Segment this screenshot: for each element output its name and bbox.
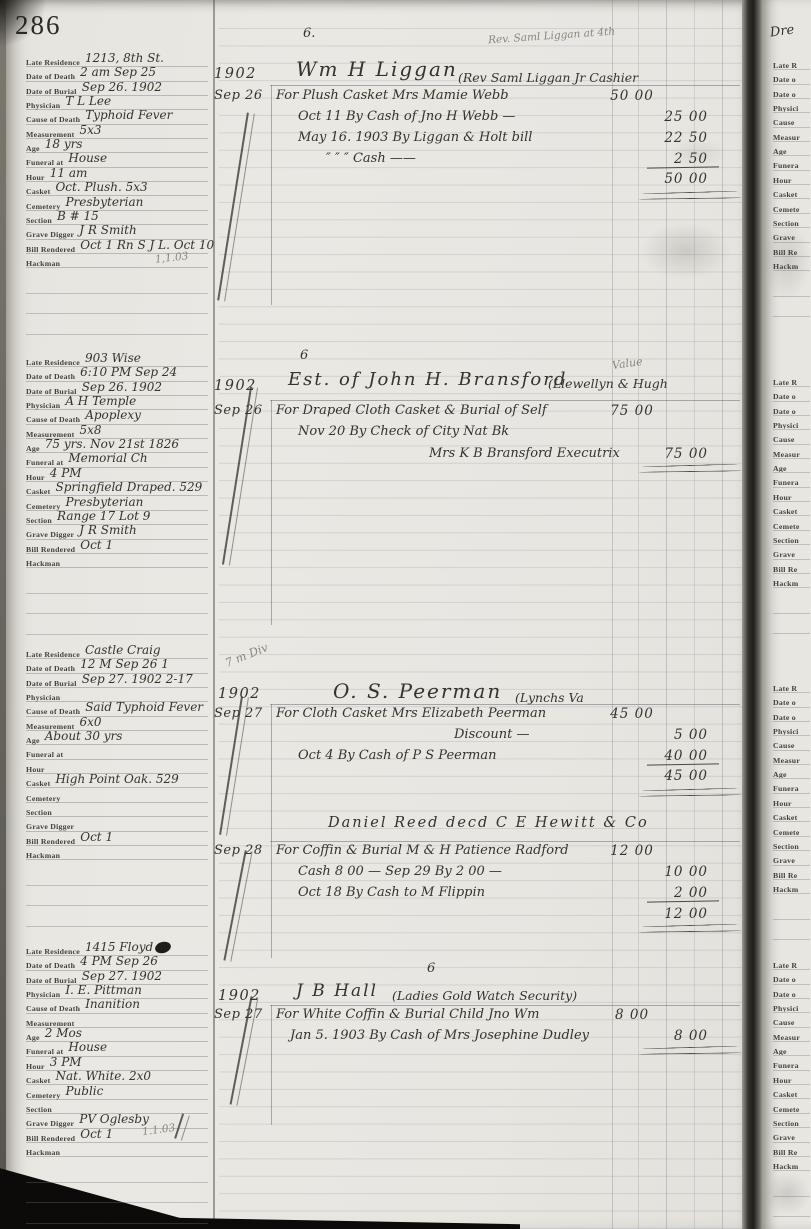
right-page-field-row: Date o	[773, 969, 810, 984]
right-page-field-row: Bill Re	[773, 559, 810, 574]
credit-amount: 2 00	[650, 885, 708, 901]
ledger-row-description: Cash 8 00 — Sep 29 By 2 00 —	[298, 864, 502, 879]
field-label: Hackman	[26, 559, 60, 568]
field-value-handwritten: 12 M Sep 26 1	[80, 657, 169, 671]
field-value-handwritten: I. E. Pittman	[65, 983, 142, 997]
right-page-field-row: Bill Re	[773, 1142, 810, 1157]
field-value-handwritten: 6x0	[80, 715, 102, 729]
right-page-field-label: Hackm	[773, 885, 799, 894]
field-value-handwritten: 11 am	[50, 166, 88, 180]
right-page-field-label: Hackm	[773, 579, 799, 588]
field-row: Funeral at	[26, 744, 208, 759]
right-page-header-fragment: Dre	[769, 23, 795, 41]
right-page-field-row: Cause	[773, 112, 810, 127]
right-page-field-row: Measur	[773, 127, 810, 142]
right-page-field-row: Physici	[773, 415, 810, 430]
ledger-entry-name: Est. of John H. Bransford	[288, 369, 567, 390]
field-value-handwritten: House	[68, 1040, 107, 1054]
right-page-field-row: Measur	[773, 750, 810, 765]
entry-date-column-rule	[271, 400, 272, 625]
field-value-handwritten: Sep 26. 1902	[82, 380, 162, 394]
ledger-entry-name-suffix: (Ladies Gold Watch Security)	[392, 988, 577, 1003]
blank-ruled-line	[26, 1161, 208, 1183]
right-page-field-row: Age	[773, 141, 810, 156]
field-value-handwritten: Nat. White. 2x0	[55, 1069, 151, 1083]
ledger-row-description: Nov 20 By Check of City Nat Bk	[298, 424, 509, 439]
blank-ruled-line	[773, 898, 810, 920]
right-page-field-row: Late R	[773, 55, 810, 70]
ledger-row-description: For Cloth Casket Mrs Elizabeth Peerman	[276, 706, 546, 721]
field-value-handwritten: 18 yrs	[45, 137, 83, 151]
credit-amount: 8 00	[650, 1028, 708, 1044]
credit-amount: 50 00	[650, 171, 708, 187]
right-page-field-row: Grave	[773, 227, 810, 242]
right-page-field-row: Cemete	[773, 822, 810, 837]
field-row: CasketHigh Point Oak. 529	[26, 773, 208, 788]
ledger-row-description: ″ ″ ″ Cash ——	[326, 151, 416, 166]
field-value-handwritten: J R Smith	[79, 523, 136, 537]
field-row: Hackman	[26, 553, 208, 568]
right-page-field-row: Grave	[773, 544, 810, 559]
right-page-field-row: Age	[773, 458, 810, 473]
right-page-field-row: Physici	[773, 998, 810, 1013]
credit-amount: 10 00	[650, 864, 708, 880]
field-row: Age2 Mos	[26, 1027, 208, 1042]
right-page-field-row: Cemete	[773, 516, 810, 531]
field-value-handwritten: 4 PM Sep 26	[80, 954, 158, 968]
field-row: Date of BurialSep 26. 1902	[26, 81, 208, 96]
right-page-field-row: Hour	[773, 793, 810, 808]
field-label: Hackman	[26, 851, 60, 860]
right-page-field-row: Section	[773, 836, 810, 851]
field-value-handwritten: A H Temple	[65, 394, 136, 408]
ledger-entry-name-suffix: (Lynchs Va	[515, 690, 584, 705]
right-page-field-row: Date o	[773, 386, 810, 401]
charge-amount: 75 00	[604, 403, 660, 419]
field-value-handwritten: 2 am Sep 25	[80, 65, 156, 79]
field-value-handwritten: 75 yrs. Nov 21st 1826	[45, 437, 179, 451]
right-page-field-row: Cause	[773, 1012, 810, 1027]
right-page-field-row: Date o	[773, 984, 810, 999]
field-value-handwritten: 5x3	[80, 123, 102, 137]
ledger-row-description: For Plush Casket Mrs Mamie Webb	[276, 88, 509, 103]
credit-amount: 2 50	[650, 151, 708, 167]
right-page-field-row: Date o	[773, 401, 810, 416]
field-value-handwritten: Said Typhoid Fever	[85, 700, 203, 714]
ledger-row-description: Mrs K B Bransford Executrix	[429, 446, 620, 461]
blank-ruled-line	[26, 613, 208, 635]
field-value-handwritten: Oct. Plush. 5x3	[55, 180, 147, 194]
credit-amount: 45 00	[650, 768, 708, 784]
field-row: Bill RenderedOct 1	[26, 831, 208, 846]
blank-ruled-line	[26, 572, 208, 594]
right-page-field-row: Cause	[773, 429, 810, 444]
blank-ruled-line	[26, 1182, 208, 1204]
ledger-row-date: Sep 26	[214, 88, 263, 103]
tick-mark: 6.	[303, 26, 315, 41]
blank-ruled-line	[26, 864, 208, 886]
field-row: Bill RenderedOct 1	[26, 539, 208, 554]
charge-amount: 12 00	[604, 843, 660, 859]
field-label: Hackman	[26, 259, 60, 268]
right-page-field-row: Hour	[773, 1070, 810, 1085]
right-page-field-row: Cemete	[773, 1099, 810, 1114]
ledger-entry-name: J B Hall	[296, 981, 378, 1001]
entry-date-column-rule	[271, 85, 272, 305]
credit-amount: 25 00	[650, 109, 708, 125]
pencil-smudge	[640, 222, 732, 280]
right-page-field-row: Date o	[773, 84, 810, 99]
field-value-handwritten: 6:10 PM Sep 24	[80, 365, 177, 379]
ledger-row-description: Oct 11 By Cash of Jno H Webb —	[298, 109, 515, 124]
field-row: Grave DiggerJ R Smith	[26, 524, 208, 539]
field-row: Date of BurialSep 27. 1902 2-17	[26, 673, 208, 688]
blank-ruled-line	[773, 1175, 810, 1197]
right-page-field-row: Casket	[773, 184, 810, 199]
field-value-handwritten: 2 Mos	[45, 1026, 82, 1040]
field-row: Age18 yrs	[26, 138, 208, 153]
right-page-field-row: Date o	[773, 692, 810, 707]
right-page-field-row: Section	[773, 530, 810, 545]
credit-amount: 40 00	[650, 748, 708, 764]
field-value-handwritten: PV Oglesby	[79, 1112, 149, 1126]
right-page-field-row: Funera	[773, 778, 810, 793]
field-row: Section	[26, 802, 208, 817]
right-page-field-row: Grave	[773, 850, 810, 865]
ledger-row-date: Sep 28	[214, 843, 263, 858]
field-value-handwritten: House	[68, 151, 107, 165]
tick-mark: 6	[427, 961, 435, 976]
blank-ruled-line	[26, 885, 208, 907]
charge-amount: 50 00	[604, 88, 660, 104]
field-row: Grave Digger	[26, 816, 208, 831]
right-page-field-row: Casket	[773, 807, 810, 822]
right-page-field-row: Hour	[773, 170, 810, 185]
right-page-field-row: Late R	[773, 955, 810, 970]
field-value-handwritten: Public	[65, 1084, 103, 1098]
ledger-year: 1902	[214, 66, 257, 82]
blank-ruled-line	[773, 919, 810, 941]
right-page-field-row: Hour	[773, 487, 810, 502]
blank-ruled-line	[26, 272, 208, 294]
ledger-row-date: Sep 26	[214, 403, 263, 418]
scan-corner-shadow	[0, 0, 46, 46]
ledger-row-description: For Coffin & Burial M & H Patience Radfo…	[276, 843, 569, 858]
field-row: Hackman	[26, 1142, 208, 1157]
entry-header-rule	[270, 1005, 740, 1006]
field-row: AgeAbout 30 yrs	[26, 730, 208, 745]
field-value-handwritten: 1213, 8th St.	[85, 51, 164, 65]
right-page-field-row: Bill Re	[773, 865, 810, 880]
charge-amount: 8 00	[604, 1007, 660, 1023]
field-value-handwritten: Presbyterian	[65, 495, 143, 509]
entry-header-rule	[270, 841, 740, 842]
ledger-row-description: Discount —	[454, 727, 529, 742]
field-value-handwritten: 5x8	[80, 423, 102, 437]
field-row: CemeteryPresbyterian	[26, 196, 208, 211]
field-value-handwritten: Sep 27. 1902	[82, 969, 162, 983]
right-page-field-row: Hackm	[773, 879, 810, 894]
field-row: CasketNat. White. 2x0	[26, 1070, 208, 1085]
ledger-row-description: Oct 4 By Cash of P S Peerman	[298, 748, 497, 763]
ledger-spread-scan: 286 Dre Late Residence1213, 8th St.Date …	[0, 0, 811, 1229]
ledger-entry-name-suffix: (Llewellyn & Hugh	[548, 376, 668, 391]
entry-date-column-rule	[271, 704, 272, 958]
right-page-field-row: Bill Re	[773, 242, 810, 257]
field-value-handwritten: About 30 yrs	[45, 729, 123, 743]
credit-amount: 12 00	[650, 906, 708, 922]
right-page-field-row: Late R	[773, 678, 810, 693]
field-row: Cemetery	[26, 788, 208, 803]
field-value-handwritten: 3 PM	[50, 1055, 82, 1069]
blank-ruled-line	[773, 296, 810, 318]
field-value-handwritten: Castle Craig	[85, 643, 161, 657]
right-page-field-row: Funera	[773, 155, 810, 170]
ledger-ruling	[219, 28, 742, 1229]
blank-ruled-line	[26, 593, 208, 615]
ledger-entry-name-suffix: (Rev Saml Liggan Jr Cashier	[458, 70, 638, 85]
entry-date-column-rule	[271, 1005, 272, 1125]
field-value-handwritten: Presbyterian	[65, 195, 143, 209]
binding-gutter	[742, 0, 763, 1229]
credit-amount: 75 00	[650, 446, 708, 462]
blank-ruled-line	[773, 613, 810, 635]
field-row: CemeteryPublic	[26, 1085, 208, 1100]
right-page-field-row: Physici	[773, 98, 810, 113]
charge-amount: 45 00	[604, 706, 660, 722]
field-row: Cause of DeathApoplexy	[26, 409, 208, 424]
field-value-handwritten: Oct 1	[80, 1127, 113, 1141]
right-page-field-row: Cause	[773, 735, 810, 750]
right-page-field-row: Date o	[773, 69, 810, 84]
blank-ruled-line	[26, 313, 208, 335]
entry-header-rule	[270, 704, 740, 705]
field-row: Cause of DeathInanition	[26, 998, 208, 1013]
field-value-handwritten: Range 17 Lot 9	[57, 509, 150, 523]
charge-column-rule-left	[612, 0, 613, 1229]
field-row: Hackman	[26, 845, 208, 860]
blank-ruled-line	[26, 1202, 208, 1224]
field-value-handwritten: 4 PM	[50, 466, 82, 480]
margin-column-rule	[722, 0, 723, 1229]
right-page-field-row: Age	[773, 1041, 810, 1056]
field-value-handwritten: T L Lee	[65, 94, 111, 108]
right-page-field-row: Physici	[773, 721, 810, 736]
field-row: Cause of DeathSaid Typhoid Fever	[26, 701, 208, 716]
field-value-handwritten: Typhoid Fever	[85, 108, 172, 122]
right-page-field-row: Casket	[773, 501, 810, 516]
right-page-field-row: Funera	[773, 1055, 810, 1070]
label-column-rule	[213, 0, 215, 1229]
entry-header-rule	[270, 400, 740, 401]
right-page-field-row: Section	[773, 213, 810, 228]
right-page-field-row: Measur	[773, 444, 810, 459]
right-page-field-row: Date o	[773, 707, 810, 722]
field-value-handwritten: Sep 26. 1902	[82, 80, 162, 94]
field-value-handwritten: Springfield Draped. 529	[55, 480, 202, 494]
right-page-field-row: Cemete	[773, 199, 810, 214]
right-page-field-row: Casket	[773, 1084, 810, 1099]
right-page-field-row: Funera	[773, 472, 810, 487]
field-value-handwritten: B # 15	[57, 209, 99, 223]
field-value-handwritten: High Point Oak. 529	[55, 772, 178, 786]
field-value-handwritten: Oct 1 Rn S J L. Oct 10	[80, 238, 214, 252]
right-page-field-row: Age	[773, 764, 810, 779]
blank-ruled-line	[773, 275, 810, 297]
right-page-field-row: Grave	[773, 1127, 810, 1142]
field-value-handwritten: J R Smith	[79, 223, 136, 237]
ledger-entry-name: Daniel Reed decd C E Hewitt & Co	[328, 815, 649, 831]
ledger-entry-name: Wm H Liggan	[296, 57, 458, 81]
ledger-row-description: May 16. 1903 By Liggan & Holt bill	[298, 130, 532, 145]
ledger-row-description: Jan 5. 1903 By Cash of Mrs Josephine Dud…	[290, 1028, 589, 1043]
right-page-field-label: Hackm	[773, 262, 799, 271]
tick-mark: 6	[300, 348, 308, 363]
field-value-handwritten: Oct 1	[80, 538, 113, 552]
blank-ruled-line	[26, 905, 208, 927]
field-value-handwritten: Memorial Ch	[68, 451, 147, 465]
blank-ruled-line	[773, 1196, 810, 1218]
ledger-row-description: Oct 18 By Cash to M Flippin	[298, 885, 485, 900]
field-value-handwritten: 903 Wise	[85, 351, 141, 365]
field-value-handwritten: 1415 Floyd	[85, 940, 153, 954]
ledger-row-description: For White Coffin & Burial Child Jno Wm	[276, 1007, 539, 1022]
right-page-field-row: Hackm	[773, 1156, 810, 1171]
right-page-field-row: Late R	[773, 372, 810, 387]
field-label: Hackman	[26, 1148, 60, 1157]
field-row: Cause of DeathTyphoid Fever	[26, 109, 208, 124]
ledger-entry-name: O. S. Peerman	[333, 679, 502, 703]
field-value-handwritten: Inanition	[85, 997, 140, 1011]
blank-ruled-line	[26, 293, 208, 315]
right-page-field-row: Hackm	[773, 573, 810, 588]
charge-cents-rule	[638, 0, 639, 1229]
field-value-handwritten: Sep 27. 1902 2-17	[82, 672, 193, 686]
right-page-field-row: Hackm	[773, 256, 810, 271]
right-page-field-row: Section	[773, 1113, 810, 1128]
field-value-handwritten: Oct 1	[80, 830, 113, 844]
field-value-handwritten: Apoplexy	[85, 408, 141, 422]
blank-ruled-line	[773, 592, 810, 614]
credit-amount: 22 50	[650, 130, 708, 146]
entry-header-rule	[270, 85, 740, 86]
ledger-row-description: For Draped Cloth Casket & Burial of Self	[276, 403, 547, 418]
credit-amount: 5 00	[650, 727, 708, 743]
right-page-field-row: Measur	[773, 1027, 810, 1042]
right-page-field-label: Hackm	[773, 1162, 799, 1171]
